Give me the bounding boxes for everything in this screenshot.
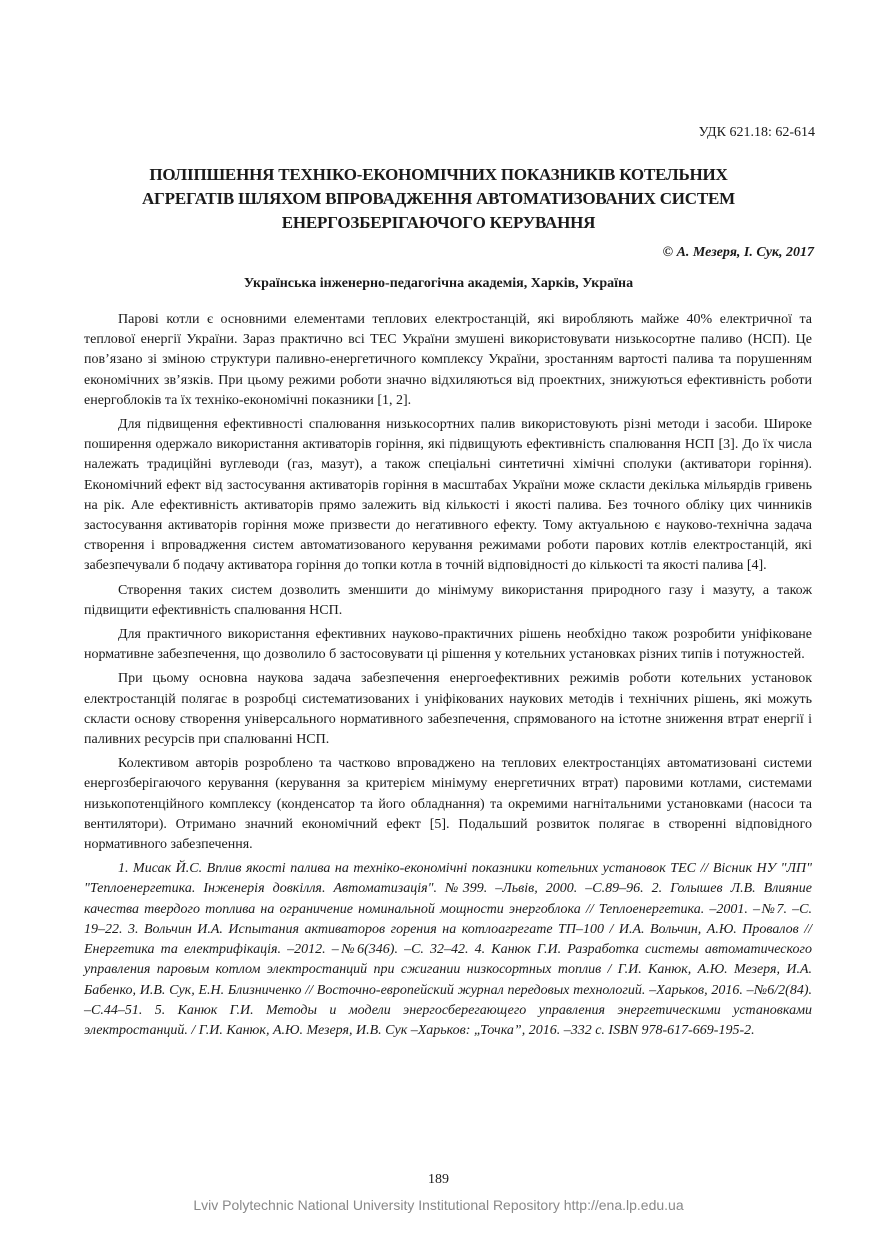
authors-copyright: © А. Мезеря, І. Сук, 2017 <box>663 245 814 261</box>
paragraph: Для практичного використання ефективних … <box>84 625 812 665</box>
page-number: 189 <box>0 1172 877 1188</box>
paragraph: При цьому основна наукова задача забезпе… <box>84 669 812 750</box>
paper-title: ПОЛІПШЕННЯ ТЕХНІКО-ЕКОНОМІЧНИХ ПОКАЗНИКІ… <box>70 163 807 235</box>
repository-footer: Lviv Polytechnic National University Ins… <box>0 1197 877 1213</box>
paragraph: Парові котли є основними елементами тепл… <box>84 310 812 411</box>
references: 1. Мисак Й.С. Вплив якості палива на тех… <box>84 859 812 1041</box>
paragraph: Колективом авторів розроблено та частков… <box>84 754 812 855</box>
paragraph: Для підвищення ефективності спалювання н… <box>84 415 812 577</box>
title-line: АГРЕГАТІВ ШЛЯХОМ ВПРОВАДЖЕННЯ АВТОМАТИЗО… <box>70 187 807 211</box>
paragraph: Створення таких систем дозволить зменшит… <box>84 581 812 621</box>
article-body: Парові котли є основними елементами тепл… <box>84 310 812 1045</box>
affiliation: Українська інженерно-педагогічна академі… <box>0 276 877 292</box>
title-line: ЕНЕРГОЗБЕРІГАЮЧОГО КЕРУВАННЯ <box>70 211 807 235</box>
udc-code: УДК 621.18: 62-614 <box>699 125 815 141</box>
title-line: ПОЛІПШЕННЯ ТЕХНІКО-ЕКОНОМІЧНИХ ПОКАЗНИКІ… <box>70 163 807 187</box>
